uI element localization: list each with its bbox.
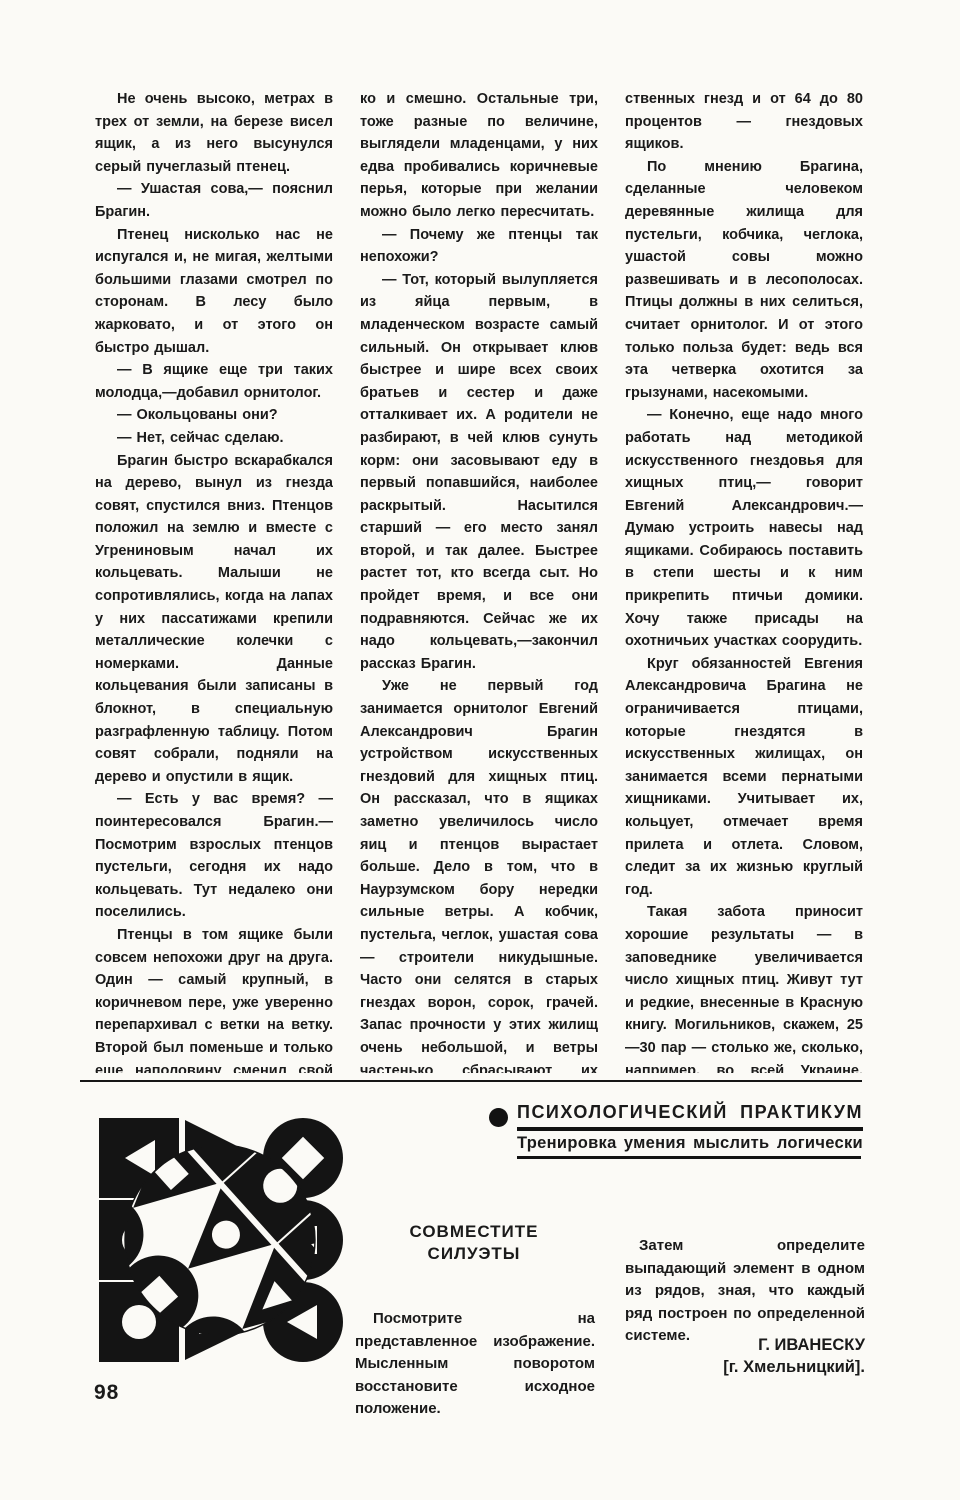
bullet-icon [489,1108,508,1127]
article-column-3: ственных гнезд и от 64 до 80 процентов —… [625,88,863,1073]
puzzle-heading: СОВМЕСТИТЕ СИЛУЭТЫ [355,1221,593,1265]
article-paragraph: — В ящике еще три таких молодца,—добавил… [95,359,333,404]
article-paragraph: ственных гнезд и от 64 до 80 процентов —… [625,88,863,156]
article-paragraph: — Есть у вас время? — поинтересовался Бр… [95,788,333,924]
article-column-1: Не очень высоко, метрах в трех от земли,… [95,88,333,1073]
article-paragraph: Круг обязанностей Евгения Александровича… [625,653,863,902]
magazine-page: { "page": { "number": "98" }, "colors": … [0,0,960,1500]
article-paragraph: Брагин быстро вскарабкался на дерево, вы… [95,450,333,789]
page-number: 98 [94,1381,119,1405]
practicum-subtitle: Тренировка умения мыслить логически [517,1134,863,1153]
section-divider-rule [80,1080,862,1082]
article-paragraph: По мнению Брагина, сделанные человеком д… [625,156,863,405]
article-paragraph: — Окольцованы они? [95,404,333,427]
puzzle-heading-line1: СОВМЕСТИТЕ [355,1221,593,1243]
article-paragraph: — Конечно, еще надо много работать над м… [625,404,863,653]
article-paragraph: Такая забота приносит хорошие результаты… [625,901,863,1073]
puzzle-instruction-left: Посмотрите на представленное изображение… [355,1308,595,1421]
article-paragraph: — Тот, который вылупляется из яйца первы… [360,269,598,676]
practicum-subtitle-underline [517,1156,861,1159]
article-paragraph: — Ушастая сова,— пояснил Брагин. [95,178,333,223]
article-paragraph: — Нет, сейчас сделаю. [95,427,333,450]
article-body: Не очень высоко, метрах в трех от земли,… [95,88,863,1073]
practicum-title: ПСИХОЛОГИЧЕСКИЙ ПРАКТИКУМ [517,1102,863,1123]
rotated-silhouette-puzzle-graphic [95,1112,345,1368]
article-paragraph: Уже не первый год занимается орнитолог Е… [360,675,598,1073]
puzzle-instruction-right: Затем определите выпадающий элемент в од… [625,1235,865,1348]
puzzle-heading-line2: СИЛУЭТЫ [355,1243,593,1265]
article-paragraph: Птенец нисколько нас не испугался и, не … [95,224,333,360]
article-paragraph: Птенцы в том ящике были совсем непохожи … [95,924,333,1073]
author-city: [г. Хмельницкий]. [625,1356,865,1378]
author-name: Г. ИВАНЕСКУ [625,1334,865,1356]
practicum-title-underline [517,1127,863,1131]
article-paragraph: Не очень высоко, метрах в трех от земли,… [95,88,333,178]
article-paragraph: — Почему же птенцы так непохожи? [360,224,598,269]
article-column-2: ко и смешно. Остальные три, тоже разные … [360,88,598,1073]
article-paragraph: ко и смешно. Остальные три, тоже разные … [360,88,598,224]
author-credit: Г. ИВАНЕСКУ [г. Хмельницкий]. [625,1334,865,1378]
